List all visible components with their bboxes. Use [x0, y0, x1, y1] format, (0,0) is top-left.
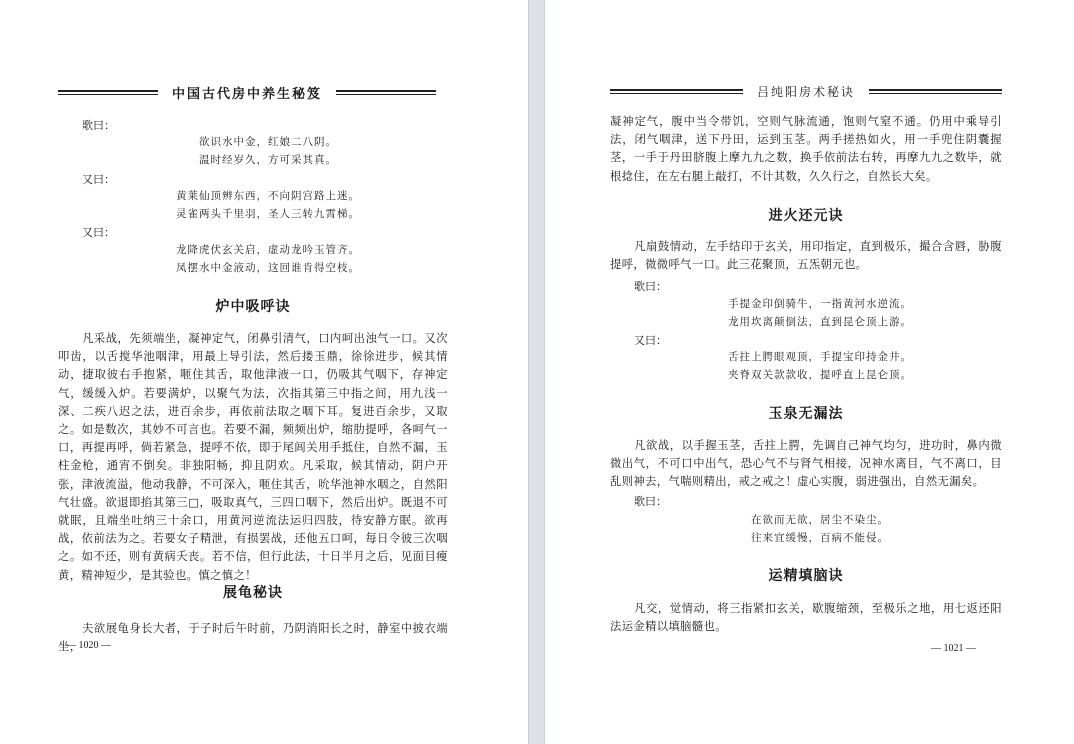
verse-line: 欲识水中金，红娘二八阴。	[199, 133, 337, 151]
body-paragraph: 凡扇鼓情动，左手结印于玄关，用印指定，直到极乐，撮合含唇，胁腹提呼，微微呼气一口…	[610, 238, 1002, 274]
running-head-title: 吕纯阳房术秘诀	[743, 83, 869, 100]
verse-label: 又曰：	[82, 224, 115, 240]
verse-line: 凤摆水中金液动，这回谁肯得空枝。	[176, 259, 360, 277]
verse-line: 黄莱仙顶辨东西，不向阴宫路上迷。	[176, 187, 360, 205]
paragraph-text: 凡采战，先须端坐，凝神定气，闭鼻引清气，口内呵出浊气一口。又次叩齿，以舌搅华池咽…	[58, 332, 448, 582]
body-paragraph: 凡欲战，以手握玉茎，舌拄上腭，先调自己神气均匀，进功时，鼻内微微出气，不可口中出…	[610, 437, 1002, 492]
verse-line: 手提金印倒骑牛，一指黄河水逆流。	[728, 295, 912, 313]
paragraph-text: 凡交，觉情动，将三指紧扣玄关，歇腹缩颈，至极乐之地，用七返还阳法运金精以填脑髓也…	[610, 602, 1002, 633]
body-paragraph: 凝神定气，腹中当令带饥，空则气脉流通，饱则气窒不通。仍用中乘导引法，闭气咽津，送…	[610, 113, 1002, 186]
verse-line: 夹脊双关款款收，提呼直上昆仑顶。	[728, 366, 912, 384]
header-rule	[58, 90, 158, 95]
body-paragraph: 凡交，觉情动，将三指紧扣玄关，歇腹缩颈，至极乐之地，用七返还阳法运金精以填脑髓也…	[610, 600, 1002, 636]
header-rule	[869, 89, 1002, 94]
body-paragraph: 凡采战，先须端坐，凝神定气，闭鼻引清气，口内呵出浊气一口。又次叩齿，以舌搅华池咽…	[58, 330, 448, 585]
running-head-title: 中国古代房中养生秘笈	[158, 83, 336, 102]
running-head: 中国古代房中养生秘笈	[58, 83, 436, 102]
verse-line: 龙降虎伏玄关启，虚动龙吟玉管齐。	[176, 241, 360, 259]
paragraph-text: 凡扇鼓情动，左手结印于玄关，用印指定，直到极乐，撮合含唇，胁腹提呼，微微呼气一口…	[610, 240, 1002, 271]
section-heading: 进火还元诀	[610, 205, 1002, 225]
left-page: 中国古代房中养生秘笈 歌曰： 欲识水中金，红娘二八阴。 温时经岁久，方可采其真。…	[0, 0, 528, 744]
page-number: — 1021 —	[931, 643, 976, 654]
verse-label: 又曰：	[634, 332, 667, 348]
verse-line: 龙用坎离颠倒法，直到昆仑顶上游。	[728, 313, 912, 331]
page-gutter	[528, 0, 545, 744]
verse-label: 歌曰：	[634, 493, 667, 509]
verse-label: 歌曰：	[634, 278, 667, 294]
section-heading: 展龟秘诀	[58, 582, 448, 602]
right-page: 吕纯阳房术秘诀 凝神定气，腹中当令带饥，空则气脉流通，饱则气窒不通。仍用中乘导引…	[545, 0, 1074, 744]
verse-label: 又曰：	[82, 171, 115, 187]
paragraph-text: 凝神定气，腹中当令带饥，空则气脉流通，饱则气窒不通。仍用中乘导引法，闭气咽津，送…	[610, 115, 1002, 183]
header-rule	[610, 89, 743, 94]
verse-label: 歌曰：	[82, 117, 115, 133]
running-head: 吕纯阳房术秘诀	[610, 83, 1002, 100]
section-heading: 玉泉无漏法	[610, 403, 1002, 423]
section-heading: 炉中吸呼诀	[58, 296, 448, 316]
verse-line: 舌拄上腭眼观顶，手提宝印持金井。	[728, 348, 912, 366]
paragraph-text: 夫欲展龟身长大者，于子时后午时前，乃阴消阳长之时，静室中披衣端坐，	[58, 622, 448, 653]
verse-line: 往来宜缓慢，百病不能侵。	[751, 529, 889, 547]
section-heading: 运精填脑诀	[610, 565, 1002, 585]
verse-line: 在欲而无欲，居尘不染尘。	[751, 511, 889, 529]
verse-line: 灵雀两头千里羽，圣人三转九霄梯。	[176, 205, 360, 223]
header-rule	[336, 90, 436, 95]
page-number: — 1020 —	[66, 640, 111, 651]
verse-line: 温时经岁久，方可采其真。	[199, 151, 337, 169]
body-paragraph: 夫欲展龟身长大者，于子时后午时前，乃阴消阳长之时，静室中披衣端坐，	[58, 620, 448, 656]
paragraph-text: 凡欲战，以手握玉茎，舌拄上腭，先调自己神气均匀，进功时，鼻内微微出气，不可口中出…	[610, 439, 1002, 488]
